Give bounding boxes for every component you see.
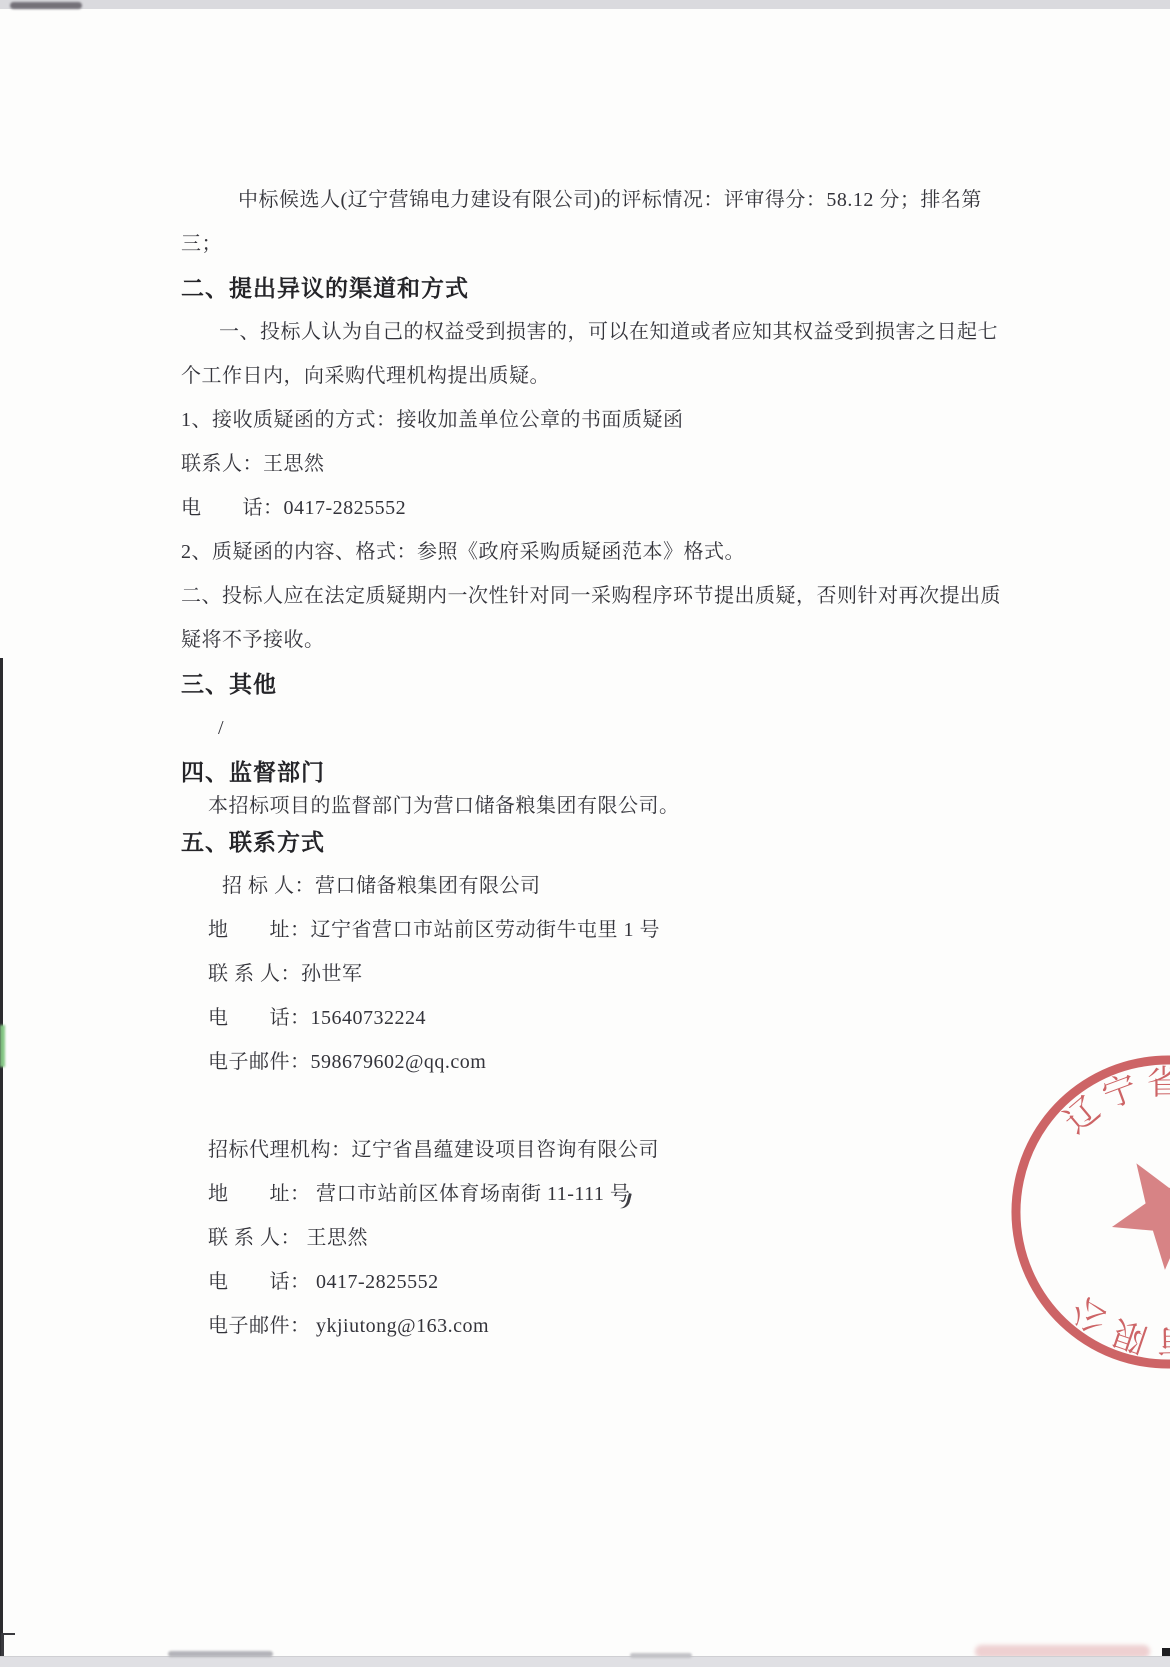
tenderer-name: 招 标 人：营口储备粮集团有限公司 bbox=[222, 864, 1021, 908]
intro-line-1: 中标候选人(辽宁营锦电力建设有限公司)的评标情况：评审得分：58.12 分；排名… bbox=[181, 178, 1021, 222]
blank-line bbox=[181, 1084, 1021, 1128]
section3-heading: 三、其他 bbox=[181, 662, 1021, 706]
tenderer-address: 地 址：辽宁省营口市站前区劳动街牛屯里 1 号 bbox=[208, 908, 1021, 952]
section2-para2-line2: 疑将不予接收。 bbox=[181, 618, 1021, 662]
agency-contact: 联 系 人： 王思然 bbox=[208, 1216, 1021, 1260]
scan-bottom-edge bbox=[0, 1656, 1170, 1667]
tenderer-phone: 电 话：15640732224 bbox=[208, 996, 1021, 1040]
agency-email: 电子邮件： ykjiutong@163.com bbox=[208, 1304, 1021, 1348]
section2-item2: 2、质疑函的内容、格式：参照《政府采购质疑函范本》格式。 bbox=[181, 530, 1021, 574]
section2-para1-line1: 一、投标人认为自己的权益受到损害的，可以在知道或者应知其权益受到损害之日起七 bbox=[181, 310, 1021, 354]
scan-left-edge bbox=[0, 658, 3, 1657]
section2-para2-line1: 二、投标人应在法定质疑期内一次性针对同一采购程序环节提出质疑，否则针对再次提出质 bbox=[181, 574, 1021, 618]
section2-heading: 二、提出异议的渠道和方式 bbox=[181, 266, 1021, 310]
section2-contact-name: 联系人：王思然 bbox=[181, 442, 1021, 486]
agency-name: 招标代理机构：辽宁省昌蕴建设项目咨询有限公司 bbox=[208, 1128, 1021, 1172]
scan-bottom-smudge-mid bbox=[630, 1653, 692, 1658]
document-body: 中标候选人(辽宁营锦电力建设有限公司)的评标情况：评审得分：58.12 分；排名… bbox=[181, 178, 1021, 1348]
scan-top-smudge bbox=[10, 2, 82, 9]
scan-left-green-artifact bbox=[0, 1025, 5, 1067]
scan-top-edge bbox=[0, 0, 1170, 9]
scanned-document-page: 中标候选人(辽宁营锦电力建设有限公司)的评标情况：评审得分：58.12 分；排名… bbox=[0, 0, 1170, 1667]
red-seal-stamp: 辽宁省昌蕴建设项目咨询有限公司 bbox=[988, 1032, 1170, 1392]
scan-bottom-smudge-left bbox=[168, 1651, 273, 1657]
intro-line-2: 三； bbox=[181, 222, 1021, 266]
agency-phone: 电 话： 0417-2825552 bbox=[208, 1260, 1021, 1304]
section2-para1-line2: 个工作日内，向采购代理机构提出质疑。 bbox=[181, 354, 1021, 398]
section3-content: / bbox=[218, 706, 1021, 750]
section2-item1: 1、接收质疑函的方式：接收加盖单位公章的书面质疑函 bbox=[181, 398, 1021, 442]
tenderer-contact: 联 系 人：孙世军 bbox=[208, 952, 1021, 996]
section2-contact-phone: 电 话：0417-2825552 bbox=[181, 486, 1021, 530]
agency-address: 地 址： 营口市站前区体育场南街 11-111 号 bbox=[208, 1172, 1021, 1216]
seal-star-icon bbox=[1090, 1133, 1170, 1281]
tenderer-email: 电子邮件：598679602@qq.com bbox=[208, 1040, 1021, 1084]
